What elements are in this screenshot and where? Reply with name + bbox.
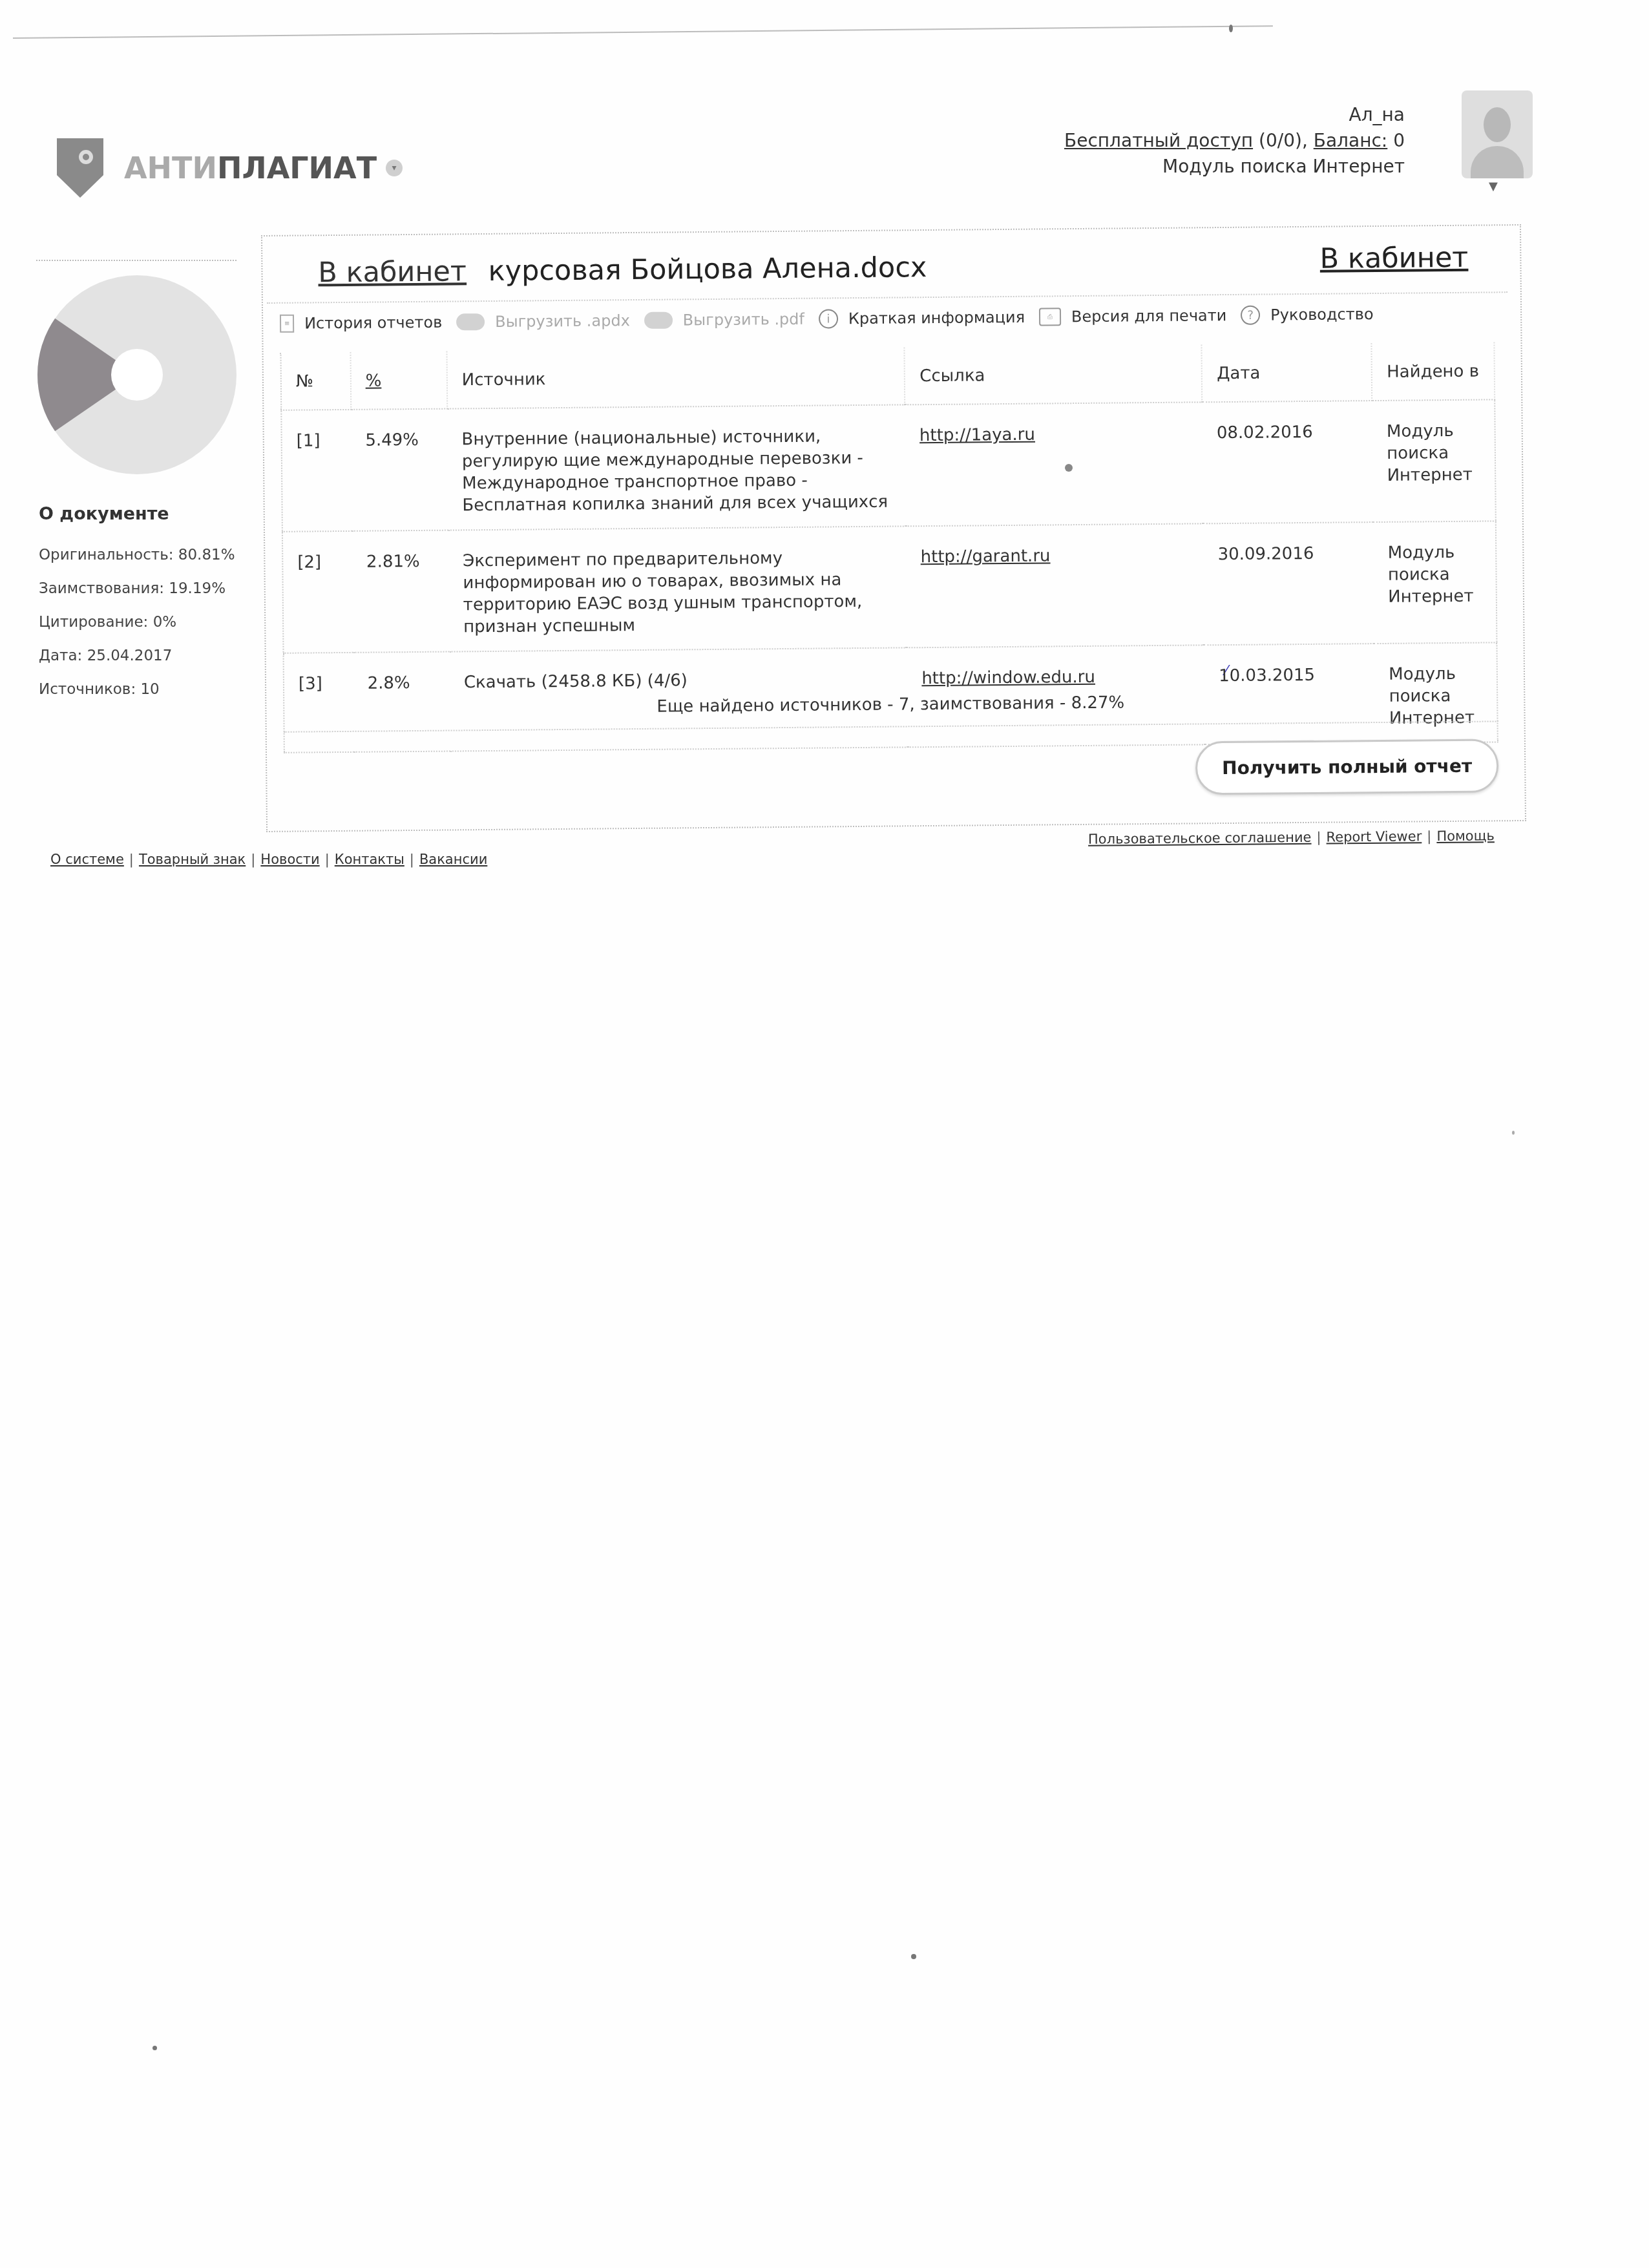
avatar-body bbox=[1471, 146, 1524, 178]
report-title-bar: В кабинет курсовая Бойцова Алена.docx В … bbox=[266, 232, 1507, 304]
footer-link-news[interactable]: Новости bbox=[260, 852, 319, 867]
guide-button[interactable]: ? Руководство bbox=[1241, 304, 1374, 325]
sidebar-divider bbox=[36, 260, 236, 261]
originality-pie-chart bbox=[36, 274, 238, 476]
user-info: Ал_на Бесплатный доступ (0/0), Баланс: 0… bbox=[1064, 102, 1405, 180]
footer-separator: | bbox=[129, 852, 134, 867]
shield-icon bbox=[57, 138, 103, 198]
report-history-label: История отчетов bbox=[304, 313, 442, 333]
table-header-row: № % Источник Ссылка Дата Найдено в bbox=[280, 342, 1495, 410]
row-source: Внутренние (национальные) источники, рег… bbox=[447, 404, 906, 530]
brief-info-button[interactable]: i Краткая информация bbox=[819, 308, 1025, 329]
header-number: № bbox=[280, 352, 350, 410]
account-status: Бесплатный доступ (0/0), Баланс: 0 bbox=[1064, 128, 1405, 154]
row-link-cell: http://garant.ru bbox=[906, 523, 1204, 647]
export-pdf-button[interactable]: Выгрузить .pdf bbox=[644, 310, 804, 330]
footer-link-trademark[interactable]: Товарный знак bbox=[139, 852, 246, 867]
balance-link[interactable]: Баланс: bbox=[1314, 130, 1388, 151]
about-heading: О документе bbox=[39, 504, 235, 524]
brief-info-label: Краткая информация bbox=[848, 308, 1025, 328]
scan-speck bbox=[1229, 25, 1233, 32]
footer-separator: | bbox=[410, 852, 414, 867]
export-pdf-label: Выгрузить .pdf bbox=[683, 310, 804, 330]
header-percent[interactable]: % bbox=[350, 352, 447, 410]
stat-borrowing: Заимствования: 19.19% bbox=[39, 572, 235, 605]
print-version-label: Версия для печати bbox=[1071, 306, 1226, 326]
row-link-cell: http://1aya.ru bbox=[905, 402, 1204, 526]
footer-link-report-viewer[interactable]: Report Viewer bbox=[1326, 828, 1422, 845]
chevron-down-icon[interactable]: ▾ bbox=[386, 160, 403, 176]
cabinet-link-right[interactable]: В кабинет bbox=[1319, 242, 1468, 275]
stat-citation: Цитирование: 0% bbox=[39, 605, 235, 639]
row-percent: 5.49% bbox=[351, 409, 448, 531]
footer-separator: | bbox=[1427, 828, 1431, 844]
footer-separator: | bbox=[251, 852, 255, 867]
table-row: [2] 2.81% Эксперимент по предварительном… bbox=[282, 521, 1497, 653]
footer-links-left: О системе|Товарный знак|Новости|Контакты… bbox=[50, 852, 487, 867]
source-url-link[interactable]: http://garant.ru bbox=[921, 546, 1051, 567]
print-version-button[interactable]: ⎙ Версия для печати bbox=[1039, 306, 1226, 326]
row-number: [1] bbox=[281, 410, 352, 532]
free-access-link[interactable]: Бесплатный доступ bbox=[1064, 130, 1253, 151]
report-title: В кабинет курсовая Бойцова Алена.docx bbox=[318, 251, 927, 289]
footer-separator: | bbox=[1316, 830, 1321, 845]
header-found-in: Найдено в bbox=[1372, 342, 1495, 401]
sort-by-percent-link[interactable]: % bbox=[365, 371, 381, 390]
antiplagiat-logo[interactable]: АНТИПЛАГИАТ ▾ bbox=[57, 138, 403, 198]
table-row: [1] 5.49% Внутренние (национальные) исто… bbox=[281, 399, 1496, 531]
footer-link-contacts[interactable]: Контакты bbox=[335, 852, 404, 867]
user-name: Ал_на bbox=[1064, 102, 1405, 128]
brand-part-plagiat: ПЛАГИАТ bbox=[217, 151, 377, 185]
report-toolbar: ≡ История отчетов Выгрузить .apdx Выгруз… bbox=[280, 304, 1388, 333]
footer-separator: | bbox=[325, 852, 330, 867]
get-full-report-button[interactable]: Получить полный отчет bbox=[1195, 739, 1499, 795]
footer-link-vacancies[interactable]: Вакансии bbox=[419, 852, 487, 867]
row-found-in: Модуль поиска Интернет bbox=[1373, 521, 1497, 644]
footer-link-help[interactable]: Помощь bbox=[1436, 828, 1495, 844]
avatar-head bbox=[1484, 107, 1511, 142]
scan-speck bbox=[1512, 1131, 1515, 1135]
report-panel: В кабинет курсовая Бойцова Алена.docx В … bbox=[266, 232, 1511, 773]
row-date: 30.09.2016 bbox=[1203, 522, 1374, 645]
row-number: [2] bbox=[282, 531, 353, 653]
row-source: Эксперимент по предварительному информир… bbox=[448, 526, 907, 651]
export-apdx-label: Выгрузить .apdx bbox=[495, 311, 630, 331]
footer-link-user-agreement[interactable]: Пользовательское соглашение bbox=[1088, 830, 1312, 847]
document-filename: курсовая Бойцова Алена.docx bbox=[488, 251, 927, 288]
printer-icon: ⎙ bbox=[1039, 308, 1061, 326]
row-found-in: Модуль поиска Интернет bbox=[1372, 399, 1496, 522]
cloud-download-icon bbox=[456, 313, 485, 330]
avatar-menu-caret-icon[interactable]: ▼ bbox=[1489, 180, 1498, 193]
cloud-download-icon bbox=[644, 312, 673, 329]
search-module: Модуль поиска Интернет bbox=[1064, 154, 1405, 180]
row-date: 08.02.2016 bbox=[1203, 401, 1374, 523]
free-access-value: (0/0), bbox=[1259, 130, 1308, 151]
stat-date: Дата: 25.04.2017 bbox=[39, 639, 235, 673]
scan-speck bbox=[152, 2046, 157, 2050]
guide-label: Руководство bbox=[1270, 305, 1374, 324]
header-link: Ссылка bbox=[905, 344, 1203, 404]
balance-value: 0 bbox=[1393, 130, 1405, 151]
export-apdx-button[interactable]: Выгрузить .apdx bbox=[456, 311, 630, 331]
header-date: Дата bbox=[1202, 343, 1372, 402]
scan-speck bbox=[911, 1954, 916, 1959]
help-icon: ? bbox=[1241, 306, 1260, 325]
scan-artifact-line bbox=[13, 25, 1273, 39]
stat-sources: Источников: 10 bbox=[39, 673, 235, 706]
header-source: Источник bbox=[446, 347, 905, 408]
avatar[interactable] bbox=[1462, 90, 1533, 178]
cabinet-link-left[interactable]: В кабинет bbox=[318, 255, 467, 289]
source-url-link[interactable]: http://1aya.ru bbox=[919, 425, 1035, 446]
about-document: О документе Оригинальность: 80.81% Заимс… bbox=[39, 504, 235, 706]
report-history-button[interactable]: ≡ История отчетов bbox=[280, 313, 442, 333]
row-percent: 2.81% bbox=[352, 530, 450, 653]
footer-links-right: Пользовательское соглашение|Report Viewe… bbox=[1088, 828, 1495, 846]
info-icon: i bbox=[819, 309, 838, 328]
footer-link-about-system[interactable]: О системе bbox=[50, 852, 124, 867]
document-icon: ≡ bbox=[280, 315, 294, 333]
brand-name: АНТИПЛАГИАТ bbox=[124, 151, 377, 185]
brand-part-anti: АНТИ bbox=[124, 151, 217, 185]
stat-originality: Оригинальность: 80.81% bbox=[39, 538, 235, 572]
